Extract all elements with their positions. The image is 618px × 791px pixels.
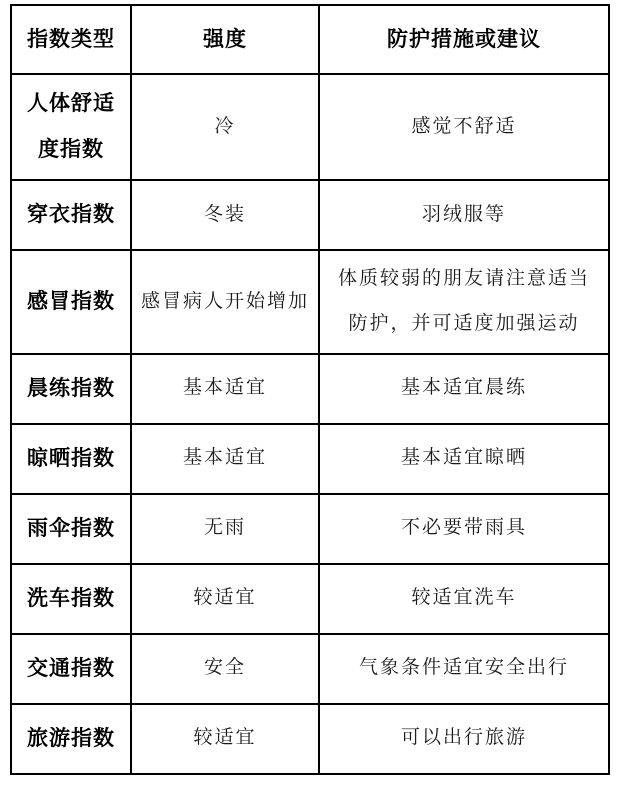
table-row: 旅游指数较适宜可以出行旅游 [11, 704, 609, 774]
cell-advice: 羽绒服等 [319, 180, 609, 250]
table-row: 晨练指数基本适宜基本适宜晨练 [11, 354, 609, 424]
cell-advice: 基本适宜晨练 [319, 354, 609, 424]
header-index-type: 指数类型 [11, 5, 131, 74]
header-strength: 强度 [131, 5, 319, 74]
page: 指数类型 强度 防护措施或建议 人体舒适度指数冷感觉不舒适穿衣指数冬装羽绒服等感… [0, 0, 618, 791]
cell-advice: 较适宜洗车 [319, 564, 609, 634]
table-row: 穿衣指数冬装羽绒服等 [11, 180, 609, 250]
cell-advice: 基本适宜晾晒 [319, 424, 609, 494]
cell-strength: 冷 [131, 74, 319, 180]
cell-advice: 气象条件适宜安全出行 [319, 634, 609, 704]
table-row: 交通指数安全气象条件适宜安全出行 [11, 634, 609, 704]
cell-type: 穿衣指数 [11, 180, 131, 250]
cell-type: 人体舒适度指数 [11, 74, 131, 180]
cell-strength: 安全 [131, 634, 319, 704]
table-row: 洗车指数较适宜较适宜洗车 [11, 564, 609, 634]
cell-type: 晨练指数 [11, 354, 131, 424]
cell-strength: 较适宜 [131, 704, 319, 774]
cell-advice: 体质较弱的朋友请注意适当防护，并可适度加强运动 [319, 250, 609, 353]
cell-strength: 基本适宜 [131, 424, 319, 494]
table-row: 晾晒指数基本适宜基本适宜晾晒 [11, 424, 609, 494]
table-row: 感冒指数感冒病人开始增加体质较弱的朋友请注意适当防护，并可适度加强运动 [11, 250, 609, 353]
header-advice: 防护措施或建议 [319, 5, 609, 74]
table-row: 人体舒适度指数冷感觉不舒适 [11, 74, 609, 180]
cell-type: 晾晒指数 [11, 424, 131, 494]
cell-type: 洗车指数 [11, 564, 131, 634]
cell-type: 交通指数 [11, 634, 131, 704]
cell-strength: 较适宜 [131, 564, 319, 634]
cell-type: 雨伞指数 [11, 494, 131, 564]
table-row: 雨伞指数无雨不必要带雨具 [11, 494, 609, 564]
cell-advice: 不必要带雨具 [319, 494, 609, 564]
cell-strength: 感冒病人开始增加 [131, 250, 319, 353]
cell-type: 感冒指数 [11, 250, 131, 353]
cell-type: 旅游指数 [11, 704, 131, 774]
cell-strength: 基本适宜 [131, 354, 319, 424]
cell-strength: 冬装 [131, 180, 319, 250]
header-row: 指数类型 强度 防护措施或建议 [11, 5, 609, 74]
table-body: 人体舒适度指数冷感觉不舒适穿衣指数冬装羽绒服等感冒指数感冒病人开始增加体质较弱的… [11, 74, 609, 774]
cell-advice: 可以出行旅游 [319, 704, 609, 774]
cell-advice: 感觉不舒适 [319, 74, 609, 180]
weather-index-table: 指数类型 强度 防护措施或建议 人体舒适度指数冷感觉不舒适穿衣指数冬装羽绒服等感… [10, 4, 610, 775]
cell-strength: 无雨 [131, 494, 319, 564]
